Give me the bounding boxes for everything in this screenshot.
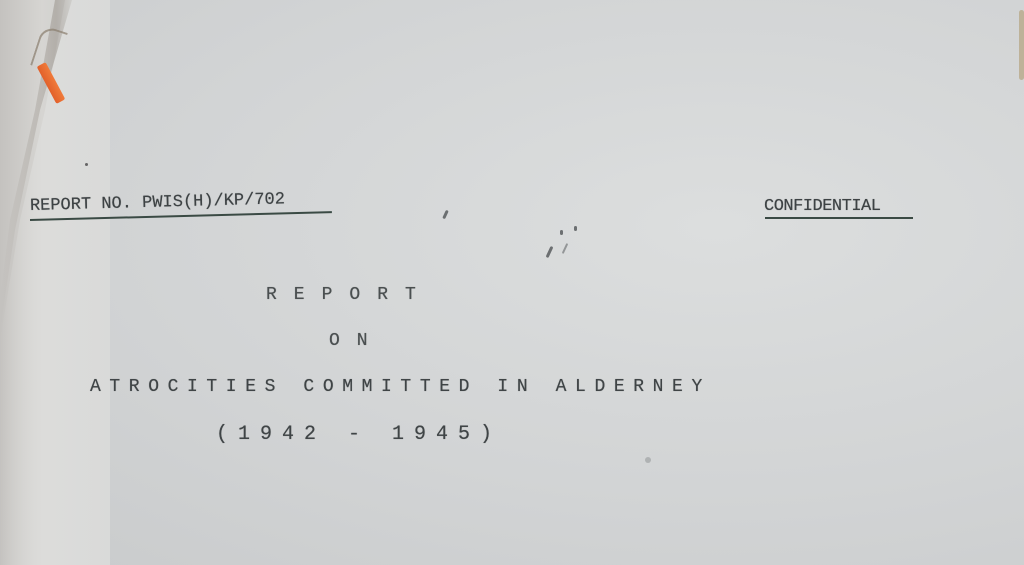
ink-smudge — [546, 246, 554, 258]
title-subject: ATROCITIES COMMITTED IN ALDERNEY — [90, 377, 711, 397]
paper-speck — [85, 163, 88, 166]
classification-label: CONFIDENTIAL — [764, 197, 880, 216]
page-edge — [1019, 10, 1024, 80]
title-report: REPORT — [266, 285, 433, 305]
ink-smudge — [442, 210, 449, 219]
ink-smudge — [560, 230, 563, 235]
document-photo: REPORT NO. PWIS(H)/KP/702 CONFIDENTIAL R… — [0, 0, 1024, 565]
paper-speck — [645, 457, 651, 463]
title-on: ON — [329, 331, 385, 351]
title-date-range: (1942 - 1945) — [216, 423, 502, 446]
ink-smudge — [562, 243, 568, 254]
classification-underline — [765, 217, 913, 219]
ink-smudge — [574, 226, 577, 231]
